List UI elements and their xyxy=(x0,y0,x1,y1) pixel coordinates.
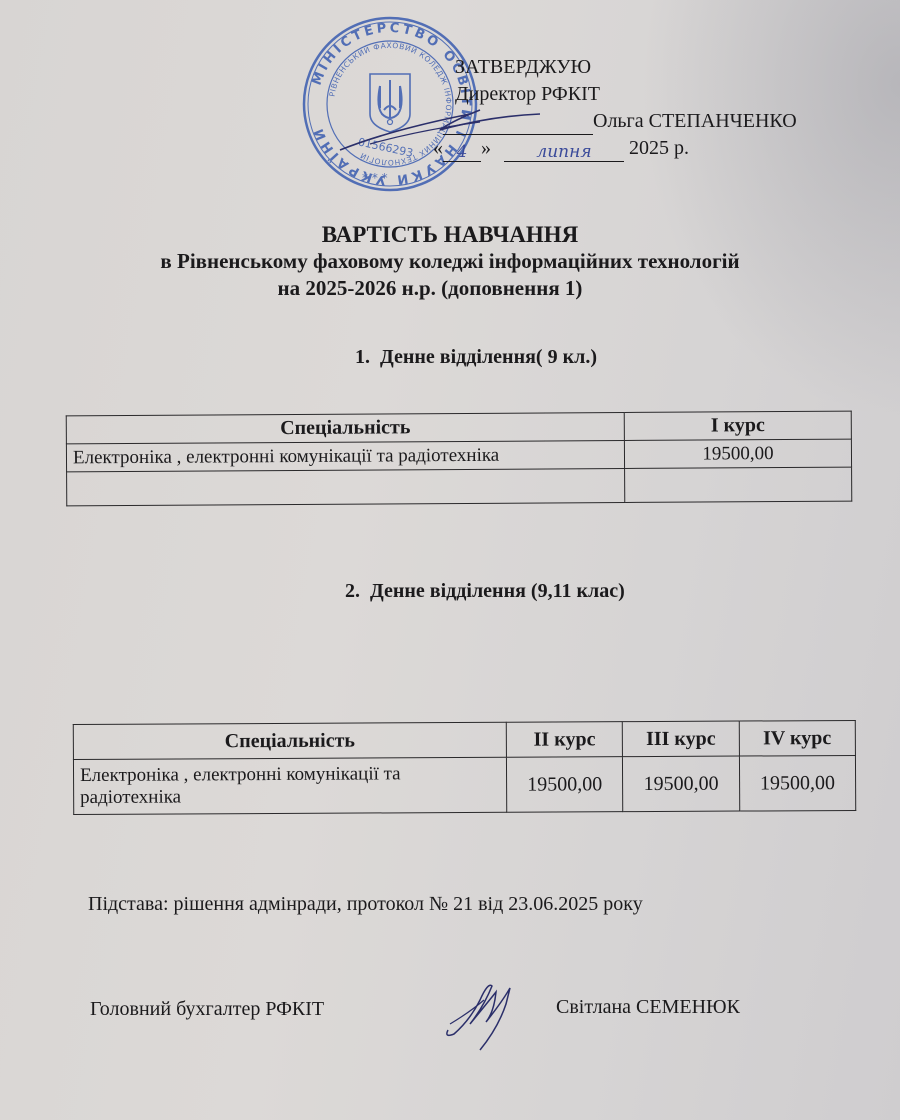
document-subtitle: в Рівненському фаховому коледжі інформац… xyxy=(0,249,900,274)
price-cell xyxy=(625,467,852,502)
lighting-shade xyxy=(640,0,900,420)
svg-text:* * *: * * * xyxy=(362,171,388,185)
tuition-table-1: Спеціальність І курс Електроніка , елект… xyxy=(66,411,853,507)
specialty-cell: Електроніка , електронні комунікації та … xyxy=(73,757,506,814)
date-year: 2025 р. xyxy=(629,137,689,159)
header-course-4: IV курс xyxy=(739,720,856,756)
header-course-2: ІІ курс xyxy=(506,722,623,758)
section-1-heading: 1.Денне відділення( 9 кл.) xyxy=(355,346,597,369)
director-signature xyxy=(330,100,550,160)
header-specialty: Спеціальність xyxy=(66,412,624,443)
specialty-cell: Електроніка , електронні комунікації та … xyxy=(66,440,624,471)
basis-note: Підстава: рішення адмінради, протокол № … xyxy=(88,893,643,916)
accountant-name: Світлана СЕМЕНЮК xyxy=(556,996,740,1019)
approval-heading: ЗАТВЕРДЖУЮ xyxy=(455,54,600,81)
tuition-table-2: Спеціальність ІІ курс ІІІ курс IV курс Е… xyxy=(73,720,856,815)
price-cell: 19500,00 xyxy=(506,757,623,813)
price-cell: 19500,00 xyxy=(624,439,851,468)
table-row: Електроніка , електронні комунікації та … xyxy=(73,755,855,814)
table-header-row: Спеціальність ІІ курс ІІІ курс IV курс xyxy=(73,720,855,759)
table-row xyxy=(67,467,852,506)
price-cell: 19500,00 xyxy=(623,756,740,812)
specialty-cell xyxy=(67,468,625,505)
header-specialty: Спеціальність xyxy=(73,722,506,759)
director-name: Ольга СТЕПАНЧЕНКО xyxy=(593,110,797,132)
section-2-heading: 2.Денне відділення (9,11 клас) xyxy=(345,580,625,603)
academic-year: на 2025-2026 н.р. (доповнення 1) xyxy=(0,276,880,301)
accountant-position: Головний бухгалтер РФКІТ xyxy=(90,998,324,1021)
document-title: ВАРТІСТЬ НАВЧАННЯ xyxy=(0,222,900,248)
price-cell: 19500,00 xyxy=(739,755,856,811)
header-course-1: І курс xyxy=(624,411,851,440)
accountant-signature xyxy=(440,972,530,1052)
header-course-3: ІІІ курс xyxy=(623,721,740,757)
